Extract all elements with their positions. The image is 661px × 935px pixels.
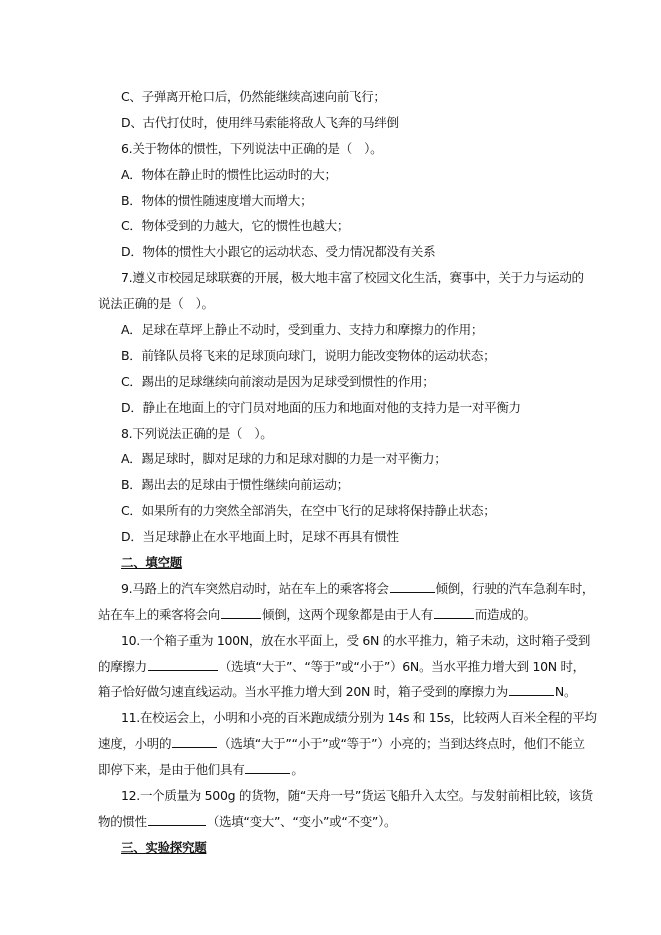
section-title: 二、填空题 — [121, 555, 182, 570]
q6-option-c: C．物体受到的力越大，它的惯性也越大； — [98, 213, 562, 239]
q6-stem: 6.关于物体的惯性，下列说法中正确的是（ ）。 — [98, 136, 562, 162]
q9-text: 而造成的。 — [475, 607, 536, 622]
q7-option-c: C．踢出的足球继续向前滚动是因为足球受到惯性的作用； — [98, 369, 562, 395]
document-page: C、子弹离开枪口后，仍然能继续高速向前飞行； D、古代打仗时，使用绊马索能将敌人… — [98, 84, 562, 861]
q8-option-d: D．当足球静止在水平地面上时，足球不再具有惯性 — [98, 524, 562, 550]
q10-line3: 箱子恰好做匀速直线运动。当水平推力增大到 20N 时，箱子受到的摩擦力为N。 — [98, 679, 562, 705]
q9-text: 9.马路上的汽车突然启动时，站在车上的乘客将会 — [121, 581, 389, 596]
q8-option-c: C．如果所有的力突然全部消失，在空中飞行的足球将保持静止状态； — [98, 498, 562, 524]
q12-text: 物的惯性 — [98, 814, 147, 829]
q5-option-d: D、古代打仗时，使用绊马索能将敌人飞奔的马绊倒 — [98, 110, 562, 136]
q11-line3: 即停下来，是由于他们具有。 — [98, 757, 562, 783]
q10-text: N。 — [555, 684, 576, 699]
q9-line2: 站在车上的乘客将会向倾倒，这两个现象都是由于人有而造成的。 — [98, 602, 562, 628]
answer-blank[interactable] — [221, 604, 261, 619]
q8-option-b: B．踢出去的足球由于惯性继续向前运动； — [98, 472, 562, 498]
q9-text: 倾倒，这两个现象都是由于人有 — [262, 607, 433, 622]
q12-line2: 物的惯性（选填“变大”、“变小”或“不变”）。 — [98, 809, 562, 835]
q11-text: 即停下来，是由于他们具有 — [98, 762, 244, 777]
q8-stem: 8.下列说法正确的是（ ）。 — [98, 421, 562, 447]
q11-line1: 11.在校运会上，小明和小亮的百米跑成绩分别为 14s 和 15s，比较两人百米… — [98, 705, 562, 731]
q10-text: 的摩擦力 — [98, 659, 147, 674]
q11-text: （选填“大于”“小于”或“等于”）小亮的；当到达终点时，他们不能立 — [218, 736, 584, 751]
q6-option-a: A．物体在静止时的惯性比运动时的大； — [98, 162, 562, 188]
q7-stem-line1: 7.遵义市校园足球联赛的开展，极大地丰富了校园文化生活，赛事中，关于力与运动的 — [98, 265, 562, 291]
q10-text: （选填“大于”、“等于”或“小于”）6N。当水平推力增大到 10N 时， — [219, 659, 585, 674]
q6-option-d: D．物体的惯性大小跟它的运动状态、受力情况都没有关系 — [98, 239, 562, 265]
q10-text: 箱子恰好做匀速直线运动。当水平推力增大到 20N 时，箱子受到的摩擦力为 — [98, 684, 508, 699]
q7-option-b: B．前锋队员将飞来的足球顶向球门，说明力能改变物体的运动状态； — [98, 343, 562, 369]
q7-stem-line2: 说法正确的是（ ）。 — [98, 291, 562, 317]
answer-blank[interactable] — [172, 733, 217, 748]
q11-text: 速度，小明的 — [98, 736, 171, 751]
q10-line2: 的摩擦力（选填“大于”、“等于”或“小于”）6N。当水平推力增大到 10N 时， — [98, 654, 562, 680]
q9-line1: 9.马路上的汽车突然启动时，站在车上的乘客将会倾倒，行驶的汽车急刹车时， — [98, 576, 562, 602]
answer-blank[interactable] — [390, 578, 435, 593]
q6-option-b: B．物体的惯性随速度增大而增大； — [98, 188, 562, 214]
answer-blank[interactable] — [434, 604, 474, 619]
q12-line1: 12.一个质量为 500g 的货物，随“天舟一号”货运飞船升入太空。与发射前相比… — [98, 783, 562, 809]
q9-text: 站在车上的乘客将会向 — [98, 607, 220, 622]
section-title: 三、实验探究题 — [121, 840, 206, 855]
q11-line2: 速度，小明的（选填“大于”“小于”或“等于”）小亮的；当到达终点时，他们不能立 — [98, 731, 562, 757]
q9-text: 倾倒，行驶的汽车急刹车时， — [436, 581, 595, 596]
answer-blank[interactable] — [148, 656, 218, 671]
section-heading-fill-blank: 二、填空题 — [98, 550, 562, 576]
q7-option-d: D．静止在地面上的守门员对地面的压力和地面对他的支持力是一对平衡力 — [98, 395, 562, 421]
q10-line1: 10.一个箱子重为 100N，放在水平面上，受 6N 的水平推力，箱子未动，这时… — [98, 628, 562, 654]
section-heading-experiment: 三、实验探究题 — [98, 835, 562, 861]
answer-blank[interactable] — [509, 681, 554, 696]
answer-blank[interactable] — [245, 759, 290, 774]
q5-option-c: C、子弹离开枪口后，仍然能继续高速向前飞行； — [98, 84, 562, 110]
q12-text: （选填“变大”、“变小”或“不变”）。 — [207, 814, 396, 829]
q11-text: 。 — [291, 762, 303, 777]
q7-option-a: A．足球在草坪上静止不动时，受到重力、支持力和摩擦力的作用； — [98, 317, 562, 343]
answer-blank[interactable] — [148, 811, 206, 826]
q8-option-a: A．踢足球时，脚对足球的力和足球对脚的力是一对平衡力； — [98, 446, 562, 472]
